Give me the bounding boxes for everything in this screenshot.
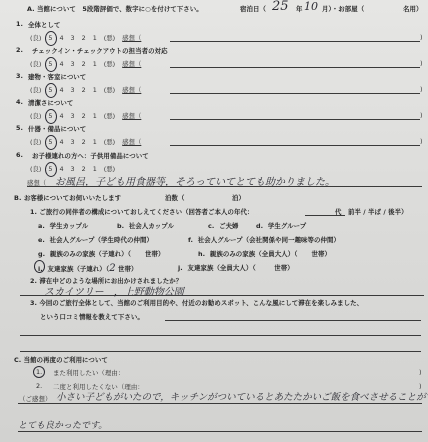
option-f[interactable]: f. 社会人グループ（会社関係や同一趣味等の仲間） <box>188 235 340 244</box>
section-b-heading: B. お客様についてお伺いいたします <box>14 193 121 202</box>
stay-month-value[interactable]: 10 <box>304 0 318 13</box>
section-a-heading: A. 当館について 5段階評価で、数字に○を付けて下さい。 <box>27 4 203 13</box>
scale-good-label: (良) <box>30 59 41 68</box>
comment-line-5[interactable] <box>170 145 420 146</box>
option-h[interactable]: h. 親族のみの家族（全員大人）（ 世帯） <box>198 249 331 258</box>
b-question-3-line-b[interactable] <box>20 335 421 336</box>
comment-label: 感想（ <box>122 85 141 94</box>
comment-line-3[interactable] <box>170 93 420 94</box>
option-d[interactable]: d. 学生グループ <box>256 221 306 230</box>
rating-4[interactable]: 4 <box>59 86 63 94</box>
scale-bad-label: (悪) <box>104 59 115 68</box>
rating-5-selected[interactable]: 5 <box>48 165 52 173</box>
question-6-number: 6. <box>16 151 23 159</box>
room-label: 月）・お部屋（ <box>322 4 364 13</box>
nights-label: 泊数（ <box>165 193 184 202</box>
question-3-title: 建物・客室について <box>28 72 86 81</box>
comment-line-6[interactable] <box>27 186 422 187</box>
question-4-number: 4. <box>16 98 23 106</box>
impressions-handwritten-line1[interactable]: 小さい子どもがいたので，キッチンがついているとあたたかいご飯を食べさせることがで… <box>56 389 428 403</box>
option-g[interactable]: g. 親族のみの家族（子連れ）（ 世帯） <box>38 249 164 258</box>
c-option-1-close: ) <box>419 368 422 376</box>
question-4-title: 清潔さについて <box>28 98 73 107</box>
survey-form-scan: A. 当館について 5段階評価で、数字に○を付けて下さい。 宿泊日（ 25 年 … <box>0 0 428 442</box>
scale-good-label: (良) <box>30 33 41 42</box>
question-1-title: 全体として <box>28 20 60 29</box>
stay-date-label: 宿泊日（ <box>240 4 266 13</box>
rating-1[interactable]: 1 <box>93 165 97 173</box>
rating-row-2[interactable]: (良)54321(悪)感想（ <box>30 59 148 68</box>
option-i-selected[interactable]: i. 友達家族（子連れ）（2 世帯） <box>38 263 137 274</box>
rating-row-5[interactable]: (良)54321(悪)感想（ <box>30 137 148 146</box>
impressions-handwritten-line2[interactable]: とても良かったです。 <box>18 418 107 431</box>
comment-close-paren: ) <box>420 137 423 145</box>
c-option-2-key[interactable]: 2. <box>36 382 42 390</box>
impressions-line-1[interactable] <box>18 403 422 404</box>
impressions-label: （ご感想） <box>19 394 51 403</box>
rating-1[interactable]: 1 <box>93 112 97 120</box>
age-suffix: 代 前半 / 半ば / 後半） <box>335 207 408 216</box>
option-i-household-count: 2 <box>109 263 115 274</box>
option-a[interactable]: a. 学生カップル <box>38 221 88 230</box>
comment-label: 感想（ <box>122 59 141 68</box>
comment-label: 感想（ <box>122 111 141 120</box>
question-1-number: 1. <box>16 20 23 28</box>
rating-2[interactable]: 2 <box>82 34 86 42</box>
rating-1[interactable]: 1 <box>93 34 97 42</box>
comment-close-paren: ) <box>420 85 423 93</box>
c-option-1-label[interactable]: また利用したい（理由： <box>53 368 124 377</box>
rating-3[interactable]: 3 <box>71 112 75 120</box>
nights-unit: 泊） <box>232 193 245 202</box>
question-3-number: 3. <box>16 72 23 80</box>
question-5-number: 5. <box>16 124 23 132</box>
scale-good-label: (良) <box>30 111 41 120</box>
c-option-1-key[interactable]: 1. <box>36 368 42 376</box>
rating-2[interactable]: 2 <box>82 112 86 120</box>
scale-good-label: (良) <box>30 137 41 146</box>
b-question-3: 3. 今回のご旅行全体として、当館のご利用目的や、付近のお勧めスポット、こんな風… <box>30 298 363 307</box>
question-6-title: お子様連れの方へ：子供用備品について <box>32 151 149 160</box>
comment-line-4[interactable] <box>170 119 420 120</box>
comment-line-1[interactable] <box>170 41 420 42</box>
scale-good-label: (良) <box>30 164 41 173</box>
rating-2[interactable]: 2 <box>82 165 86 173</box>
rating-row-1[interactable]: (良)54321(悪)感想（ <box>30 33 148 42</box>
option-j[interactable]: j. 友達家族（全員大人）（ 世帯） <box>178 263 294 272</box>
rating-4[interactable]: 4 <box>59 138 63 146</box>
rating-5-selected[interactable]: 5 <box>48 60 52 68</box>
b-question-3-line2: という口コミ情報を教えて下さい。 <box>40 312 144 321</box>
scale-bad-label: (悪) <box>104 137 115 146</box>
rating-5-selected[interactable]: 5 <box>48 138 52 146</box>
b-question-3-line-a[interactable] <box>165 320 421 321</box>
rating-2[interactable]: 2 <box>82 86 86 94</box>
rating-3[interactable]: 3 <box>71 86 75 94</box>
people-label: 名用） <box>403 4 422 13</box>
rating-5-selected[interactable]: 5 <box>48 112 52 120</box>
question-2-title: チェックイン・チェックアウトの担当者の対応 <box>32 46 168 55</box>
comment-close-paren: ) <box>420 59 423 67</box>
comment-close-paren: ) <box>420 33 423 41</box>
rating-3[interactable]: 3 <box>71 60 75 68</box>
rating-1[interactable]: 1 <box>93 60 97 68</box>
stay-year-value[interactable]: 25 <box>272 0 289 14</box>
b-question-3-line-c[interactable] <box>20 351 421 352</box>
rating-4[interactable]: 4 <box>59 112 63 120</box>
b-question-2-line[interactable] <box>20 295 424 296</box>
comment-close-paren: ) <box>420 111 423 119</box>
comment-label: 感想（ <box>122 33 141 42</box>
rating-row-3[interactable]: (良)54321(悪)感想（ <box>30 85 148 94</box>
impressions-line-2[interactable] <box>18 431 422 432</box>
rating-4[interactable]: 4 <box>59 34 63 42</box>
section-c-heading: C. 当館の再度のご利用について <box>14 355 108 364</box>
rating-2[interactable]: 2 <box>82 60 86 68</box>
scale-bad-label: (悪) <box>104 33 115 42</box>
option-c[interactable]: c. ご夫婦 <box>208 221 239 230</box>
scale-bad-label: (悪) <box>104 85 115 94</box>
rating-2[interactable]: 2 <box>82 138 86 146</box>
b-question-1: 1. ご旅行の同伴者の構成についておしえてください（回答者ご本人の年代： <box>30 207 253 216</box>
scale-good-label: (良) <box>30 85 41 94</box>
rating-row-4[interactable]: (良)54321(悪)感想（ <box>30 111 148 120</box>
rating-1[interactable]: 1 <box>93 86 97 94</box>
rating-5-selected[interactable]: 5 <box>48 34 52 42</box>
year-label: 年 <box>296 4 303 13</box>
rating-5-selected[interactable]: 5 <box>48 86 52 94</box>
rating-3[interactable]: 3 <box>71 138 75 146</box>
comment-line-2[interactable] <box>170 67 420 68</box>
rating-3[interactable]: 3 <box>71 165 75 173</box>
scale-bad-label: (悪) <box>104 164 115 173</box>
rating-3[interactable]: 3 <box>71 34 75 42</box>
rating-4[interactable]: 4 <box>59 165 63 173</box>
question-2-number: 2. <box>16 46 23 54</box>
scale-bad-label: (悪) <box>104 111 115 120</box>
comment-label: 感想（ <box>122 137 141 146</box>
question-5-title: 什器・備品について <box>28 124 86 133</box>
rating-4[interactable]: 4 <box>59 60 63 68</box>
rating-row-6[interactable]: (良)54321(悪) <box>30 164 122 173</box>
option-b[interactable]: b. 社会人カップル <box>117 221 174 230</box>
rating-1[interactable]: 1 <box>93 138 97 146</box>
option-e[interactable]: e. 社会人グループ（学生時代の仲間） <box>38 235 153 244</box>
